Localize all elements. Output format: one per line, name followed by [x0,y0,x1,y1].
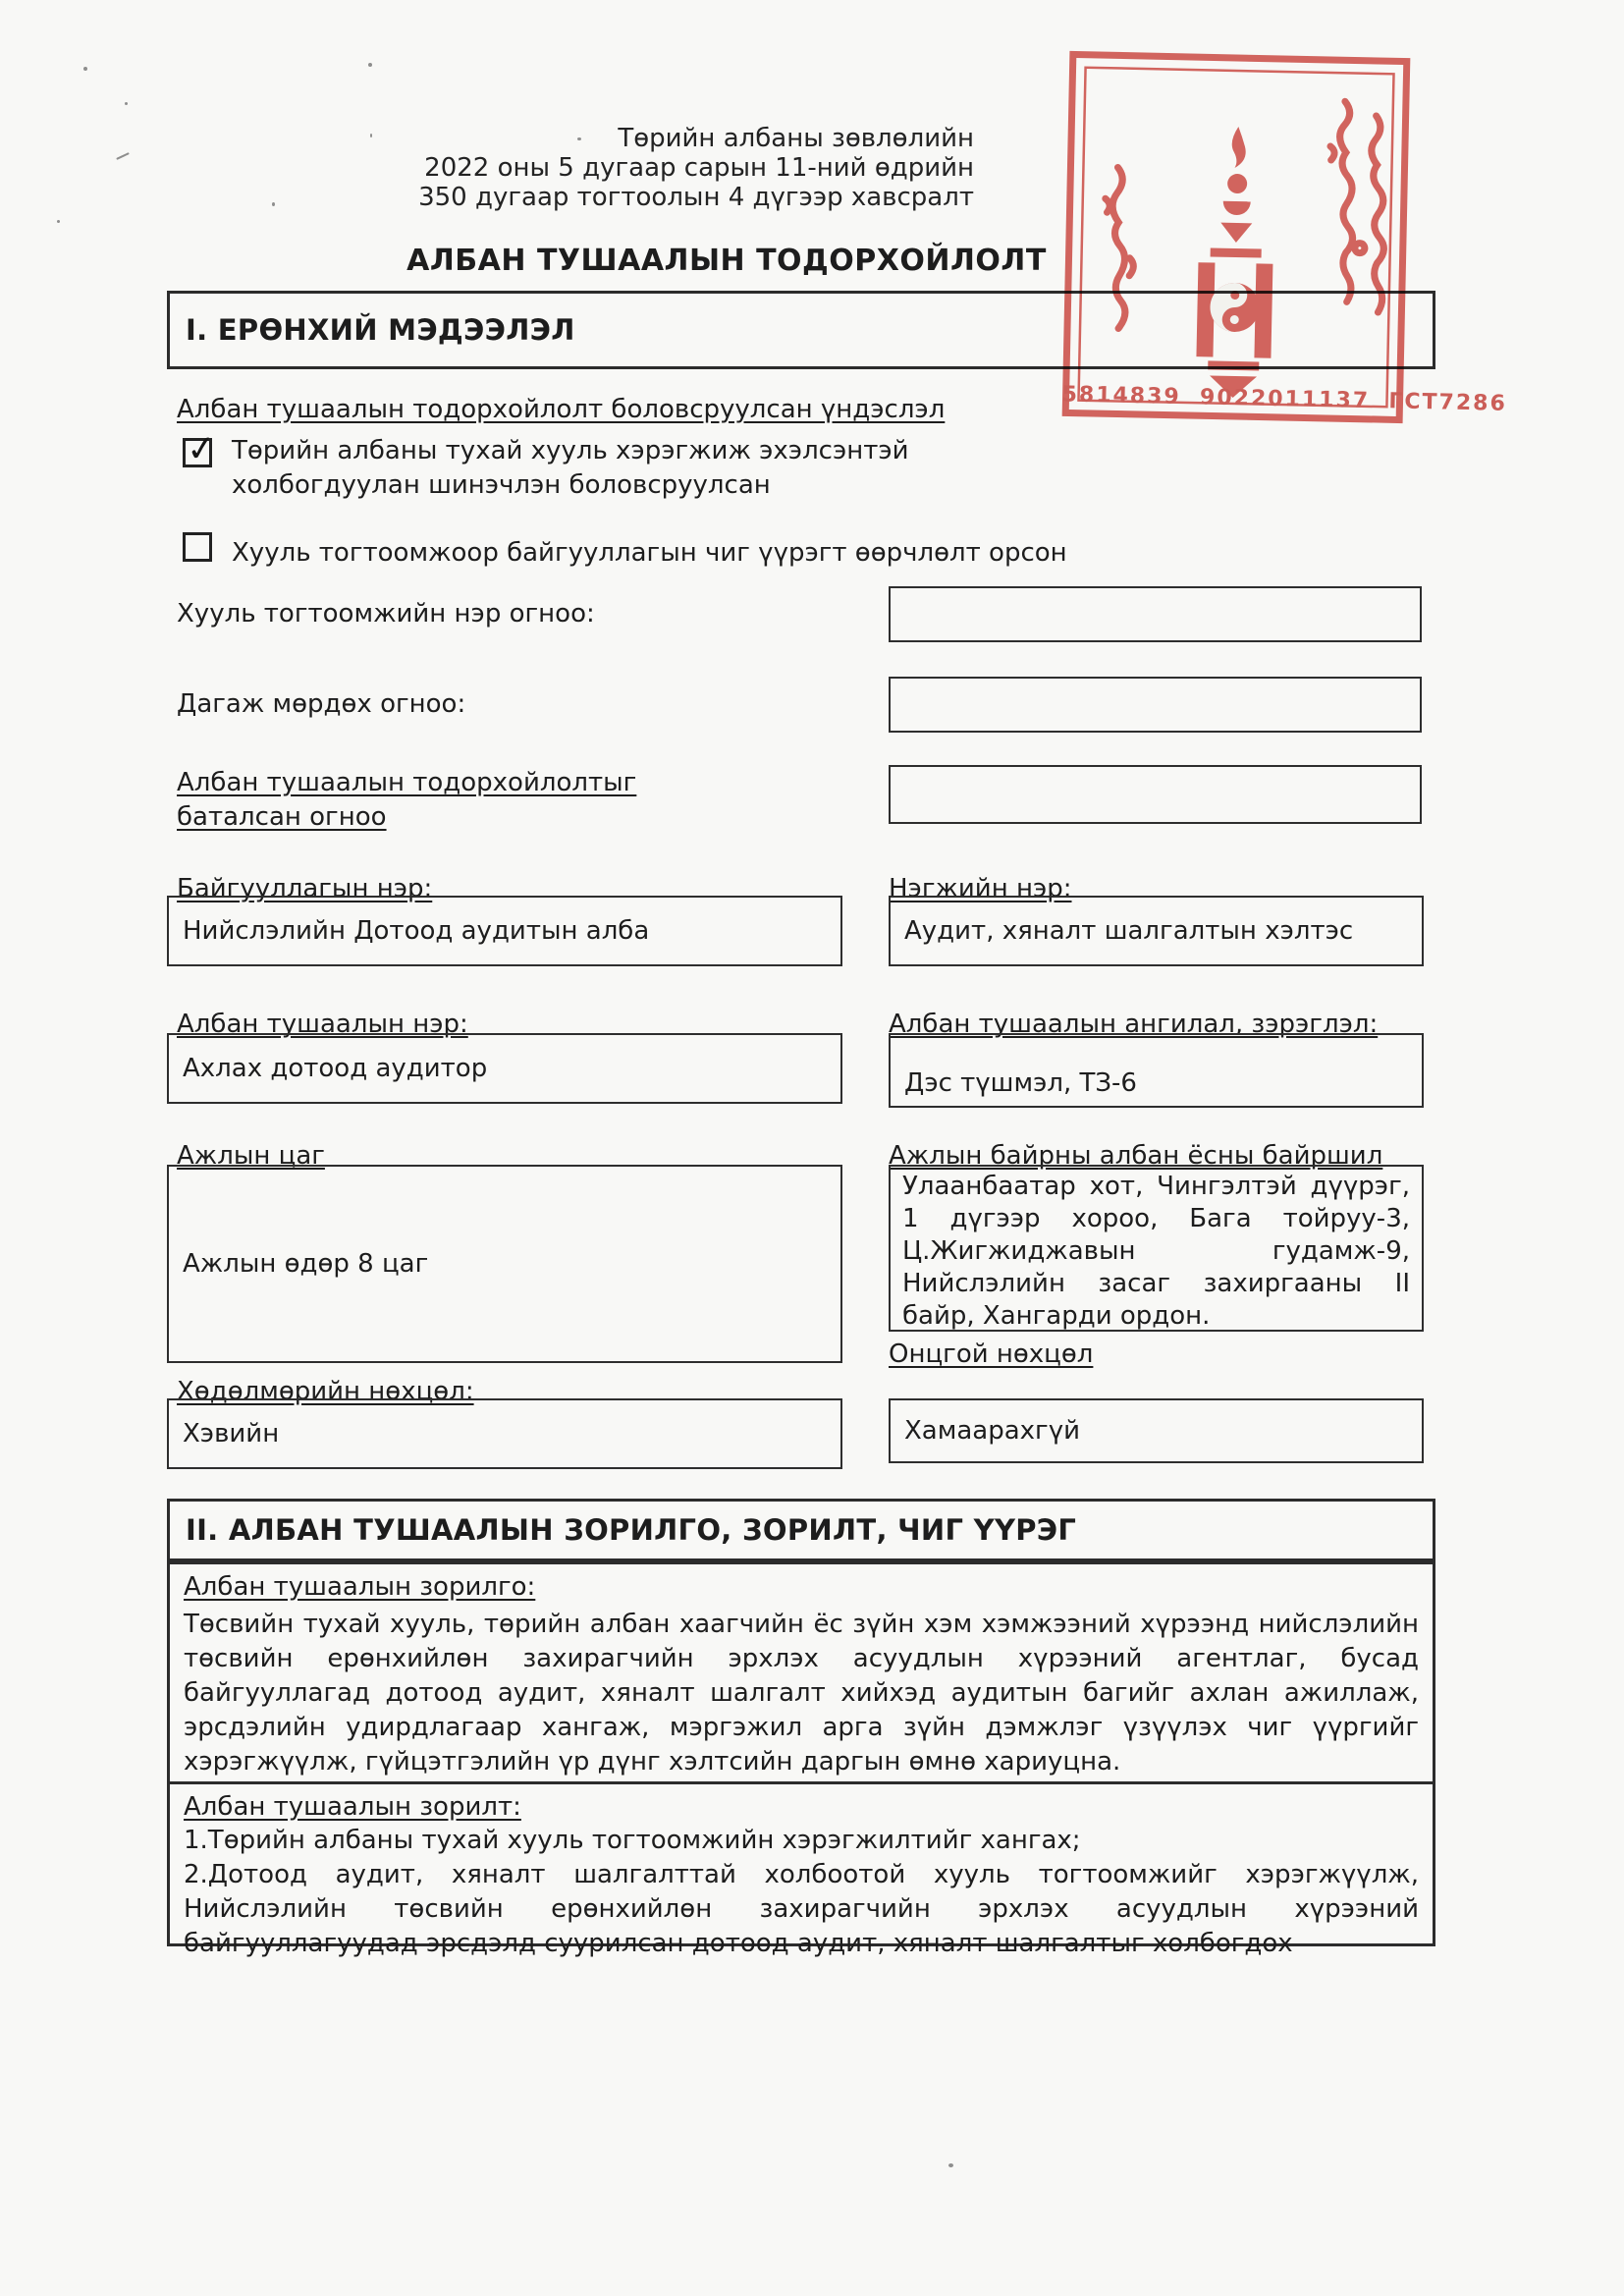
organization-value: Нийслэлийн Дотоод аудитын алба [183,916,649,946]
unit-value: Аудит, хяналт шалгалтын хэлтэс [904,916,1353,946]
follow-date-field [889,677,1422,733]
scanned-document-page: 5814839 9022011137 ГСТ7286 Төрийн албаны… [0,0,1624,2296]
checkbox-law-renewal-label: Төрийн албаны тухай хууль хэрэгжиж эхэлс… [232,434,1096,503]
scan-speck [948,2163,953,2167]
checkmark-icon: ✓ [185,428,218,471]
work-location-field: Улаанбаатар хот, Чингэлтэй дүүрэг, 1 дүг… [889,1165,1424,1332]
section2-body: Албан тушаалын зорилго: Төсвийн тухай ху… [167,1561,1435,1946]
objectives-cell: Албан тушаалын зорилт: 1.Төрийн албаны т… [170,1784,1433,1969]
classification-field: Дэс түшмэл, ТЗ-6 [889,1033,1424,1108]
objective-1: 1.Төрийн албаны тухай хууль тогтоомжийн … [184,1824,1419,1858]
work-hours-value: Ажлын өдөр 8 цаг [183,1249,428,1279]
special-condition-field: Хамаарахгүй [889,1398,1424,1463]
approved-date-field [889,765,1422,824]
scan-speck [83,67,87,71]
scan-speck [272,202,275,206]
work-location-value: Улаанбаатар хот, Чингэлтэй дүүрэг, 1 дүг… [902,1171,1410,1333]
checkbox-function-change [183,532,212,562]
reference-line: Төрийн албаны зөвлөлийн [418,124,974,153]
scan-speck [125,102,128,105]
basis-heading: Албан тушаалын тодорхойлолт боловсруулса… [177,393,945,426]
purpose-text: Төсвийн тухай хууль, төрийн албан хаагчи… [184,1608,1419,1779]
mongol-script-glyphs [1103,167,1135,329]
scan-speck [57,220,60,223]
section2-heading: II. АЛБАН ТУШААЛЫН ЗОРИЛГО, ЗОРИЛТ, ЧИГ … [186,1513,1076,1547]
unit-field: Аудит, хяналт шалгалтын хэлтэс [889,896,1424,966]
classification-value: Дэс түшмэл, ТЗ-6 [904,1068,1137,1098]
document-reference: Төрийн албаны зөвлөлийн 2022 оны 5 дугаа… [418,124,974,212]
follow-date-label: Дагаж мөрдөх огноо: [177,687,465,721]
mongol-script-glyphs [1326,101,1386,312]
position-value: Ахлах дотоод аудитор [183,1054,487,1083]
section2-heading-box: II. АЛБАН ТУШААЛЫН ЗОРИЛГО, ЗОРИЛТ, ЧИГ … [167,1499,1435,1561]
stamp-border-and-emblem [1061,50,1411,423]
checkbox-law-renewal: ✓ [183,438,212,467]
labor-condition-field: Хэвийн [167,1398,842,1469]
law-name-field [889,586,1422,642]
purpose-cell: Албан тушаалын зорилго: Төсвийн тухай ху… [170,1564,1433,1784]
checkbox-function-change-label: Хууль тогтоомжоор байгууллагын чиг үүрэг… [232,536,1067,570]
section1-heading: I. ЕРӨНХИЙ МЭДЭЭЛЭЛ [186,313,575,347]
special-condition-label: Онцгой нөхцөл [889,1338,1093,1371]
reference-line: 2022 оны 5 дугаар сарын 11-ний өдрийн [418,153,974,183]
scan-speck [368,63,372,67]
scan-speck [370,134,372,137]
special-condition-value: Хамаарахгүй [904,1416,1080,1446]
labor-condition-value: Хэвийн [183,1419,279,1449]
purpose-label: Албан тушаалын зорилго: [184,1570,1419,1604]
organization-field: Нийслэлийн Дотоод аудитын алба [167,896,842,966]
position-field: Ахлах дотоод аудитор [167,1033,842,1104]
law-name-label: Хууль тогтоомжийн нэр огноо: [177,597,595,630]
official-stamp: 5814839 9022011137 ГСТ7286 [1061,50,1411,423]
reference-line: 350 дугаар тогтоолын 4 дүгээр хавсралт [418,183,974,212]
approved-date-label: Албан тушаалын тодорхойлолтыг баталсан о… [177,766,766,835]
soyombo-emblem-icon [1196,126,1276,399]
scan-speck [116,152,130,160]
work-hours-field: Ажлын өдөр 8 цаг [167,1165,842,1363]
objective-2: 2.Дотоод аудит, хяналт шалгалттай холбоо… [184,1858,1419,1961]
objectives-label: Албан тушаалын зорилт: [184,1790,1419,1824]
